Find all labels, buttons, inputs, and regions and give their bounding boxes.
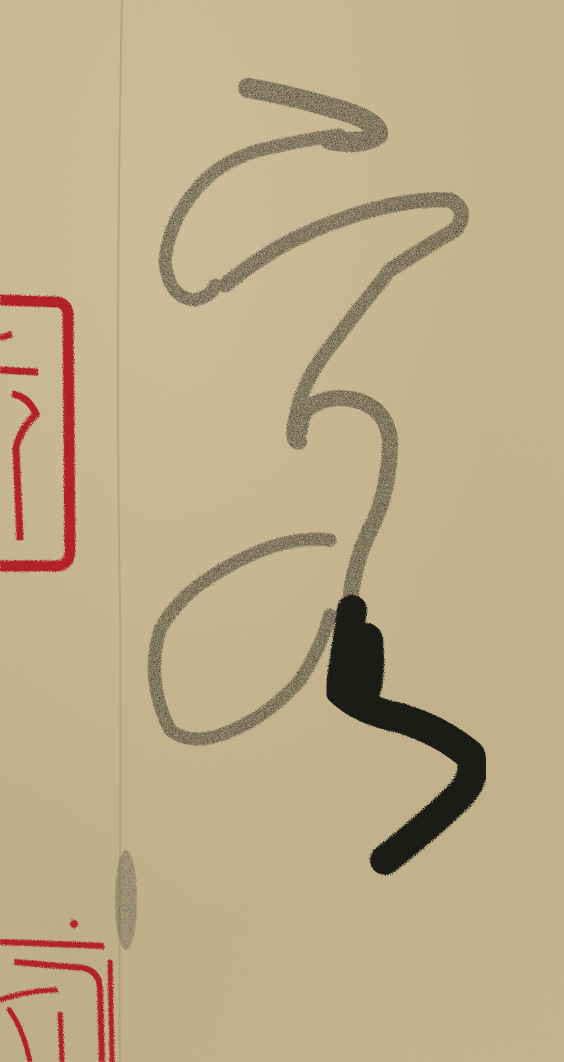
ink-smudge xyxy=(115,850,137,950)
artwork-svg xyxy=(0,0,564,1062)
calligraphy-artwork xyxy=(0,0,564,1062)
paper-texture xyxy=(0,0,564,1062)
